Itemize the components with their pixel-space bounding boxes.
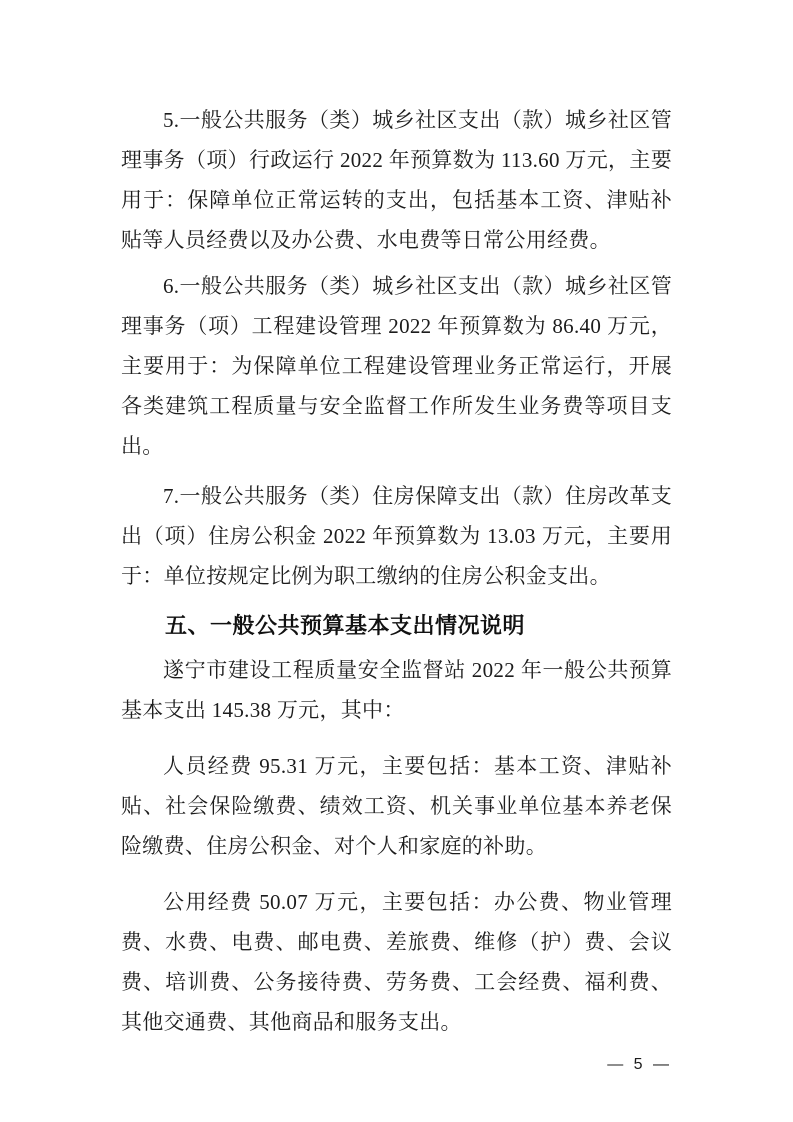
paragraph-personnel-expense: 人员经费 95.31 万元，主要包括：基本工资、津贴补贴、社会保险缴费、绩效工资… bbox=[121, 746, 672, 866]
document-page: 5.一般公共服务（类）城乡社区支出（款）城乡社区管理事务（项）行政运行 2022… bbox=[0, 0, 793, 1122]
paragraph-item-6: 6.一般公共服务（类）城乡社区支出（款）城乡社区管理事务（项）工程建设管理 20… bbox=[121, 266, 672, 466]
section-heading: 五、一般公共预算基本支出情况说明 bbox=[121, 608, 672, 644]
paragraph-item-7: 7.一般公共服务（类）住房保障支出（款）住房改革支出（项）住房公积金 2022 … bbox=[121, 476, 672, 596]
paragraph-public-expense: 公用经费 50.07 万元，主要包括：办公费、物业管理费、水费、电费、邮电费、差… bbox=[121, 882, 672, 1042]
document-body: 5.一般公共服务（类）城乡社区支出（款）城乡社区管理事务（项）行政运行 2022… bbox=[121, 100, 672, 1042]
page-footer: — 5 — bbox=[607, 1056, 672, 1074]
paragraph-budget-overview: 遂宁市建设工程质量安全监督站 2022 年一般公共预算基本支出 145.38 万… bbox=[121, 650, 672, 730]
page-number: — 5 — bbox=[607, 1056, 672, 1073]
paragraph-item-5: 5.一般公共服务（类）城乡社区支出（款）城乡社区管理事务（项）行政运行 2022… bbox=[121, 100, 672, 260]
